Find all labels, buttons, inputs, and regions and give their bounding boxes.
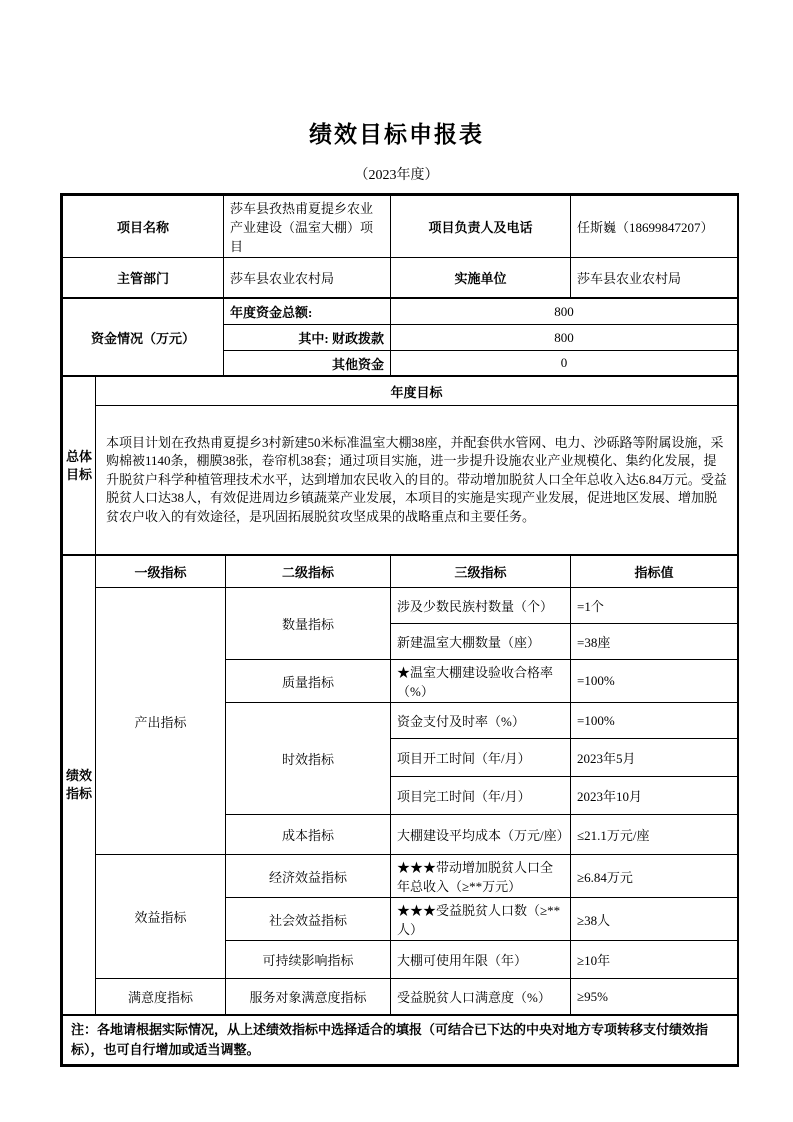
form-year-subtitle: （2023年度） <box>0 164 793 184</box>
indicators-table: 绩效指标 一级指标 二级指标 三级指标 指标值 产出指标 数量指标 涉及少数民族… <box>62 555 738 1015</box>
impl-unit-value: 莎车县农业农村局 <box>571 258 738 298</box>
level1-indicator-cell: 效益指标 <box>96 855 226 979</box>
project-manager-label: 项目负责人及电话 <box>391 196 571 258</box>
level1-indicator-cell: 满意度指标 <box>96 979 226 1015</box>
table-row: 产出指标 数量指标 涉及少数民族村数量（个） =1个 <box>63 588 738 624</box>
level3-indicator-cell: 受益脱贫人口满意度（%） <box>391 979 571 1015</box>
funding-total-label: 年度资金总额: <box>224 299 391 325</box>
indicator-value-cell: ≥10年 <box>571 941 738 979</box>
table-row: 满意度指标 服务对象满意度指标 受益脱贫人口满意度（%） ≥95% <box>63 979 738 1015</box>
indicator-value-cell: ≤21.1万元/座 <box>571 815 738 855</box>
header-level2: 二级指标 <box>226 556 391 588</box>
level3-indicator-cell: 项目完工时间（年/月） <box>391 777 571 815</box>
funding-fiscal-label: 其中: 财政拨款 <box>224 325 391 351</box>
performance-target-form: 项目名称 莎车县孜热甫夏提乡农业产业建设（温室大棚）项目 项目负责人及电话 任斯… <box>60 193 739 1067</box>
project-name-label: 项目名称 <box>63 196 224 258</box>
level2-indicator-cell: 成本指标 <box>226 815 391 855</box>
funding-total-value: 800 <box>391 299 738 325</box>
header-level3: 三级指标 <box>391 556 571 588</box>
indicator-value-cell: 2023年10月 <box>571 777 738 815</box>
indicator-value-cell: ≥95% <box>571 979 738 1015</box>
impl-unit-label: 实施单位 <box>391 258 571 298</box>
level3-indicator-cell: 大棚建设平均成本（万元/座） <box>391 815 571 855</box>
indicators-side-label: 绩效指标 <box>63 556 96 1015</box>
funding-fiscal-value: 800 <box>391 325 738 351</box>
annual-goal-header: 年度目标 <box>96 377 738 406</box>
level2-indicator-cell: 时效指标 <box>226 703 391 815</box>
header-level1: 一级指标 <box>96 556 226 588</box>
level2-indicator-cell: 可持续影响指标 <box>226 941 391 979</box>
level3-indicator-cell: ★★★带动增加脱贫人口全年总收入（≥**万元） <box>391 855 571 898</box>
indicator-value-cell: =38座 <box>571 624 738 660</box>
note-table: 注：各地请根据实际情况，从上述绩效指标中选择适合的填报（可结合已下达的中央对地方… <box>62 1015 738 1065</box>
level2-indicator-cell: 服务对象满意度指标 <box>226 979 391 1015</box>
indicator-value-cell: =1个 <box>571 588 738 624</box>
level3-indicator-cell: 涉及少数民族村数量（个） <box>391 588 571 624</box>
level3-indicator-cell: ★★★受益脱贫人口数（≥**人） <box>391 898 571 941</box>
level2-indicator-cell: 社会效益指标 <box>226 898 391 941</box>
funding-section-label: 资金情况（万元） <box>63 299 224 376</box>
level3-indicator-cell: 新建温室大棚数量（座） <box>391 624 571 660</box>
indicator-value-cell: 2023年5月 <box>571 739 738 777</box>
footer-note: 注：各地请根据实际情况，从上述绩效指标中选择适合的填报（可结合已下达的中央对地方… <box>63 1016 738 1065</box>
form-title: 绩效目标申报表 <box>0 0 793 149</box>
dept-value: 莎车县农业农村局 <box>224 258 391 298</box>
level3-indicator-cell: 项目开工时间（年/月） <box>391 739 571 777</box>
dept-label: 主管部门 <box>63 258 224 298</box>
level3-indicator-cell: 资金支付及时率（%） <box>391 703 571 739</box>
level3-indicator-cell: 大棚可使用年限（年） <box>391 941 571 979</box>
indicator-value-cell: =100% <box>571 660 738 703</box>
project-manager-value: 任斯巍（18699847207） <box>571 196 738 258</box>
indicator-value-cell: ≥38人 <box>571 898 738 941</box>
funding-other-label: 其他资金 <box>224 351 391 376</box>
funding-table: 资金情况（万元） 年度资金总额: 800 其中: 财政拨款 800 其他资金 0 <box>62 298 738 376</box>
indicator-value-cell: ≥6.84万元 <box>571 855 738 898</box>
level2-indicator-cell: 经济效益指标 <box>226 855 391 898</box>
annual-goal-text: 本项目计划在孜热甫夏提乡3村新建50米标准温室大棚38座，并配套供水管网、电力、… <box>96 406 738 555</box>
header-value: 指标值 <box>571 556 738 588</box>
funding-other-value: 0 <box>391 351 738 376</box>
overall-goal-table: 总体目标 年度目标 本项目计划在孜热甫夏提乡3村新建50米标准温室大棚38座，并… <box>62 376 738 555</box>
level1-indicator-cell: 产出指标 <box>96 588 226 855</box>
document-page: 绩效目标申报表 （2023年度） 项目名称 莎车县孜热甫夏提乡农业产业建设（温室… <box>0 0 793 1122</box>
project-info-table: 项目名称 莎车县孜热甫夏提乡农业产业建设（温室大棚）项目 项目负责人及电话 任斯… <box>62 195 738 298</box>
table-row: 效益指标 经济效益指标 ★★★带动增加脱贫人口全年总收入（≥**万元） ≥6.8… <box>63 855 738 898</box>
project-name-value: 莎车县孜热甫夏提乡农业产业建设（温室大棚）项目 <box>224 196 391 258</box>
level3-indicator-cell: ★温室大棚建设验收合格率（%） <box>391 660 571 703</box>
overall-goal-side-label: 总体目标 <box>63 377 96 555</box>
level2-indicator-cell: 质量指标 <box>226 660 391 703</box>
level2-indicator-cell: 数量指标 <box>226 588 391 660</box>
indicator-value-cell: =100% <box>571 703 738 739</box>
